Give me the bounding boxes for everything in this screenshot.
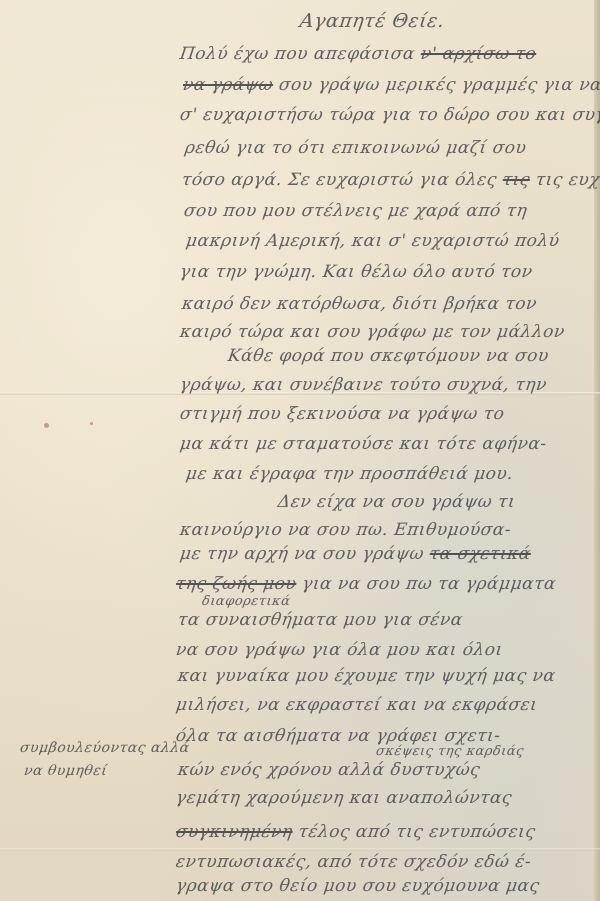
- stain: [90, 422, 93, 425]
- text-line: Δεν είχα να σου γράψω τι: [277, 492, 517, 512]
- text-line: γραψα στο θείο μου σου ευχόμουνα μας: [175, 876, 541, 896]
- text-line: στιγμή που ξεκινούσα να γράψω το: [179, 404, 506, 424]
- text-line: με και έγραφα την προσπάθειά μου.: [185, 464, 515, 484]
- salutation: Αγαπητέ Θείε.: [298, 10, 446, 32]
- text-line: τα συναισθήματα μου για σένα: [177, 610, 465, 630]
- text-line: μιλήσει, να εκφραστεί και να εκφράσει: [175, 695, 539, 715]
- text-line: μα κάτι με σταματούσε και τότε αφήνα-: [179, 434, 548, 454]
- text-line: και γυναίκα μου έχουμε την ψυχή μας να: [177, 666, 557, 686]
- text-line: καιρό τώρα και σου γράφω με τον μάλλον: [179, 322, 567, 342]
- insertion-note: διαφορετικά: [201, 594, 291, 609]
- text-line: σ' ευχαριστήσω τώρα για το δώρο σου και …: [179, 105, 600, 125]
- text-line: να σου γράψω για όλα μου και όλοι: [175, 640, 505, 660]
- insertion-note: σκέψεις της καρδιάς: [375, 744, 525, 759]
- letter-page: Αγαπητέ Θείε. Πολύ έχω που απεφάσισα ν' …: [0, 0, 600, 901]
- text-line: σου που μου στέλνεις με χαρά από τη: [183, 201, 529, 221]
- margin-note-line: συμβουλεύοντας αλλά: [19, 740, 191, 756]
- text-line: για την γνώμη. Και θέλω όλο αυτό τον: [179, 262, 534, 282]
- text-line: καιρό δεν κατόρθωσα, διότι βρήκα τον: [181, 294, 539, 314]
- text-line: να γράψω σου γράψω μερικές γραμμές για ν…: [182, 75, 600, 95]
- text-line: συγκινημένη τέλος από τις εντυπώσεις: [175, 822, 537, 842]
- text-line: όλα τα αισθήματα να γράφει σχετι-: [175, 726, 502, 746]
- text-line: τόσο αργά. Σε ευχαριστώ για όλες τις τις…: [181, 170, 600, 190]
- text-line: γράψω, και συνέβαινε τούτο συχνά, την: [179, 375, 549, 395]
- paper-edge: [594, 0, 600, 901]
- text-line: Πολύ έχω που απεφάσισα ν' αρχίσω το: [179, 44, 538, 64]
- stain: [44, 423, 49, 428]
- text-line: μακρινή Αμερική, και σ' ευχαριστώ πολύ: [185, 231, 561, 251]
- text-line: καινούργιο να σου πω. Επιθυμούσα-: [179, 520, 513, 540]
- text-line: κών ενός χρόνου αλλά δυστυχώς: [177, 760, 482, 780]
- text-line: εντυπωσιακές, από τότε σχεδόν εδώ έ-: [175, 852, 533, 872]
- text-line: γεμάτη χαρούμενη και αναπολώντας: [175, 788, 514, 808]
- text-line: ρεθώ για το ότι επικοινωνώ μαζί σου: [184, 138, 528, 158]
- text-line: της ζωής μου για να σου πω τα γράμματα: [175, 574, 558, 594]
- paper-fold-line: [0, 848, 600, 851]
- text-line: Κάθε φορά που σκεφτόμουν να σου: [227, 346, 551, 366]
- margin-note-line: να θυμηθεί: [23, 763, 109, 779]
- text-line: με την αρχή να σου γράψω τα σχετικά: [179, 544, 533, 564]
